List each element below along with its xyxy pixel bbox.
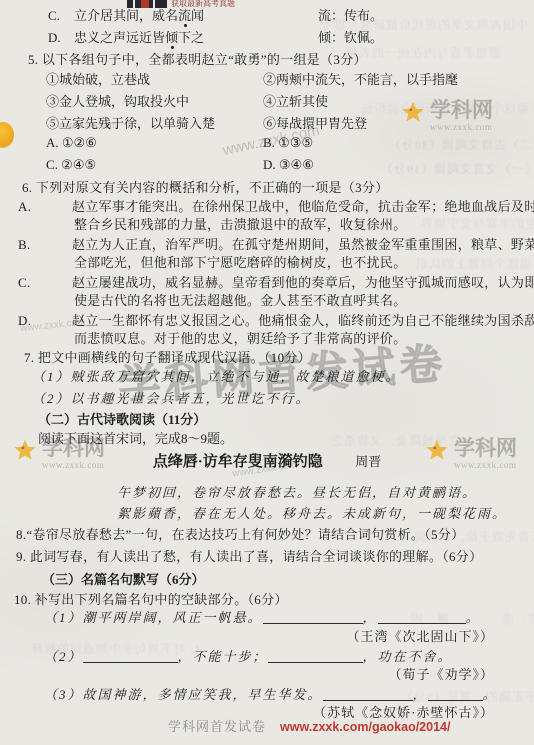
zxxk-star-icon [0,122,14,148]
option-text: 闻 [191,8,204,23]
q6-option-c: C.赵立屡建战功，威名显赫。皇帝看到他的奏章后，为他坚守孤城而感叹，认为即使是古… [46,274,534,309]
q5-choice-d: D. ③④⑥ [263,157,314,173]
option-label: C. [46,274,72,292]
q10-source-2: （荀子《劝学》） [388,664,494,683]
watermark-logo-right-top: 学科网 www.zxxk.com [400,100,493,132]
footer-brand: 学科网首发试卷 [168,716,266,735]
question-9-stem: 9. 此词写春，有人读出了愁，有人读出了喜，请结合全词谈谈你的理解。（6分） [16,546,482,565]
option-text: 忠义之声远近皆 [74,30,165,45]
option-label: B. [46,236,72,254]
question-5-stem: 5. 以下各组句子中，全都表明赵立“敢勇”的一组是（3分） [28,49,367,68]
q10-item-3: （3）故国神游，多情应笑我，早生华发。，。 [44,684,498,703]
gloss-text: 倾：钦佩。 [318,27,383,46]
answer-blank [268,649,363,663]
poem-title: 点绛唇·访牟存叟南漪钓隐 [153,454,323,470]
gloss-row-c: C.立介居其间，威名流闻 流：传布。 [48,5,204,24]
poem-line: 午梦初回，卷帘尽放春愁去。昼长无侣，自对黄鹂语。 [117,482,477,501]
q5-choice-c: C. ②④⑤ [46,157,96,173]
q6-option-d: D.赵立一生都怀有忠义报国之心。他痛恨金人，临终前还为自己不能继续为国杀敌而悲愤… [46,312,534,347]
q10-pre: （2） [44,649,83,664]
option-text: 赵立一生都怀有忠义报国之心。他痛恨金人，临终前还为自己不能继续为国杀敌而悲愤叹息… [72,313,534,346]
exam-paper-page: 获取最新高考真题 中国古典文学的现代价值研究与思考 思想矛盾与内在统一的表现 在… [0,0,534,745]
dotted-char: 流 [178,8,191,23]
answer-blank [378,610,466,624]
poem-author: 周晋 [355,454,381,469]
q10-pre: （1）潮平两岸阔，风正一帆悬。 [44,610,263,625]
q5-item: ⑤立家先残于徐，以单骑入楚 [46,113,215,132]
option-label: A. [46,198,72,216]
question-7-stem: 7. 把文中画横线的句子翻译成现代汉语。（10分） [24,347,311,366]
q5-item: ③金人登城，钩取投火中 [46,91,189,110]
answer-blank [428,687,483,701]
bleed-text: （一）文言文阅读（19分） [380,160,534,177]
q5-choice-a: A. ①②⑥ [46,135,97,151]
option-label: D. [48,30,74,46]
question-10-stem: 10. 补写出下列名篇名句中的空缺部分。（6分） [14,589,288,608]
poem-title-row: 点绛唇·访牟存叟南漪钓隐 周晋 [0,450,534,471]
q10-item-2: （2），不能十步；，功在不舍。 [44,646,453,665]
zxxk-star-icon [400,100,426,126]
q10-item-1: （1）潮平两岸阔，风正一帆悬。，。 [44,607,481,626]
option-text: 下之 [178,30,204,45]
watermark-brand: 学科网 [430,100,493,121]
watermark-site: www.zxxk.com [430,123,493,132]
q10-mid: ， [413,687,428,702]
gloss-text: 流：传布。 [318,5,383,24]
footer-url: www.zxxk.com/gaokao/2014/ [280,720,450,734]
q7-sentence-2: （2）以书趣光世会兵者五，光世讫不行。 [32,388,311,407]
answer-blank [263,610,363,624]
q5-choice-b: B. ①③⑤ [263,135,313,151]
question-8-stem: 8.“卷帘尽放春愁去”一句，在表达技巧上有何妙处？请结合词句赏析。（5分） [16,524,464,543]
q7-sentence-1: （1）贼张敌万窟穴其间，立绝不与通，故楚粮道愈梗。 [32,366,401,385]
question-6-stem: 6. 下列对原文有关内容的概括和分析，不正确的一项是（3分） [22,177,389,196]
q5-item: ⑥每战擐甲胄先登 [263,113,367,132]
q10-end: 。 [483,687,498,702]
dotted-char: 倾 [165,30,178,45]
q10-end: ，功在不舍。 [363,649,453,664]
q10-mid: ， [363,610,378,625]
option-label: C. [48,8,74,24]
q10-source-1: （王湾《次北固山下》） [346,626,494,645]
option-text: 赵立军事才能突出。在徐州保卫战中，他临危受命，抗击金军；绝地血战后及时整合乡民和… [72,199,534,232]
bleed-text: （二）古诗文阅读（30分） [388,136,534,153]
q6-option-a: A.赵立军事才能突出。在徐州保卫战中，他临危受命，抗击金军；绝地血战后及时整合乡… [46,198,534,233]
answer-blank [83,649,178,663]
q5-item: ④立斩其使 [263,91,328,110]
option-label: D. [46,312,72,330]
page-footer: 学科网首发试卷 www.zxxk.com/gaokao/2014/ [168,716,450,735]
q10-end: 。 [466,610,481,625]
q5-item: ②两颊中流矢，不能言，以手指麾 [263,69,458,88]
q5-item: ①城始破，立巷战 [46,69,150,88]
option-text: 赵立屡建战功，威名显赫。皇帝看到他的奏章后，为他坚守孤城而感叹，认为即使是古代的… [72,275,534,308]
option-text: 赵立为人正直，治军严明。在孤守楚州期间，虽然被金军重重围困，粮草、野菜全部吃光，… [72,237,534,270]
poem-line: 絮影蘋香，春在无人处。移舟去。未成新句，一砚梨花雨。 [117,503,507,522]
section-2-intro: 阅读下面这首宋词，完成8～9题。 [38,428,233,447]
section-3-title: （三）名篇名句默写（6分） [42,569,205,588]
option-text: 立介居其间，威名 [74,8,178,23]
q6-option-b: B.赵立为人正直，治军严明。在孤守楚州期间，虽然被金军重重围困，粮草、野菜全部吃… [46,236,534,271]
gloss-row-d: D.忠义之声远近皆倾下之 倾：钦佩。 [48,27,204,46]
bleed-text: 思想矛盾与内在统一的表现 [345,44,501,61]
q10-mid: ，不能十步； [178,649,268,664]
q10-pre: （3）故国神游，多情应笑我，早生华发。 [44,687,323,702]
section-2-title: （二）古代诗歌阅读（11分） [38,409,206,428]
answer-blank [323,687,413,701]
